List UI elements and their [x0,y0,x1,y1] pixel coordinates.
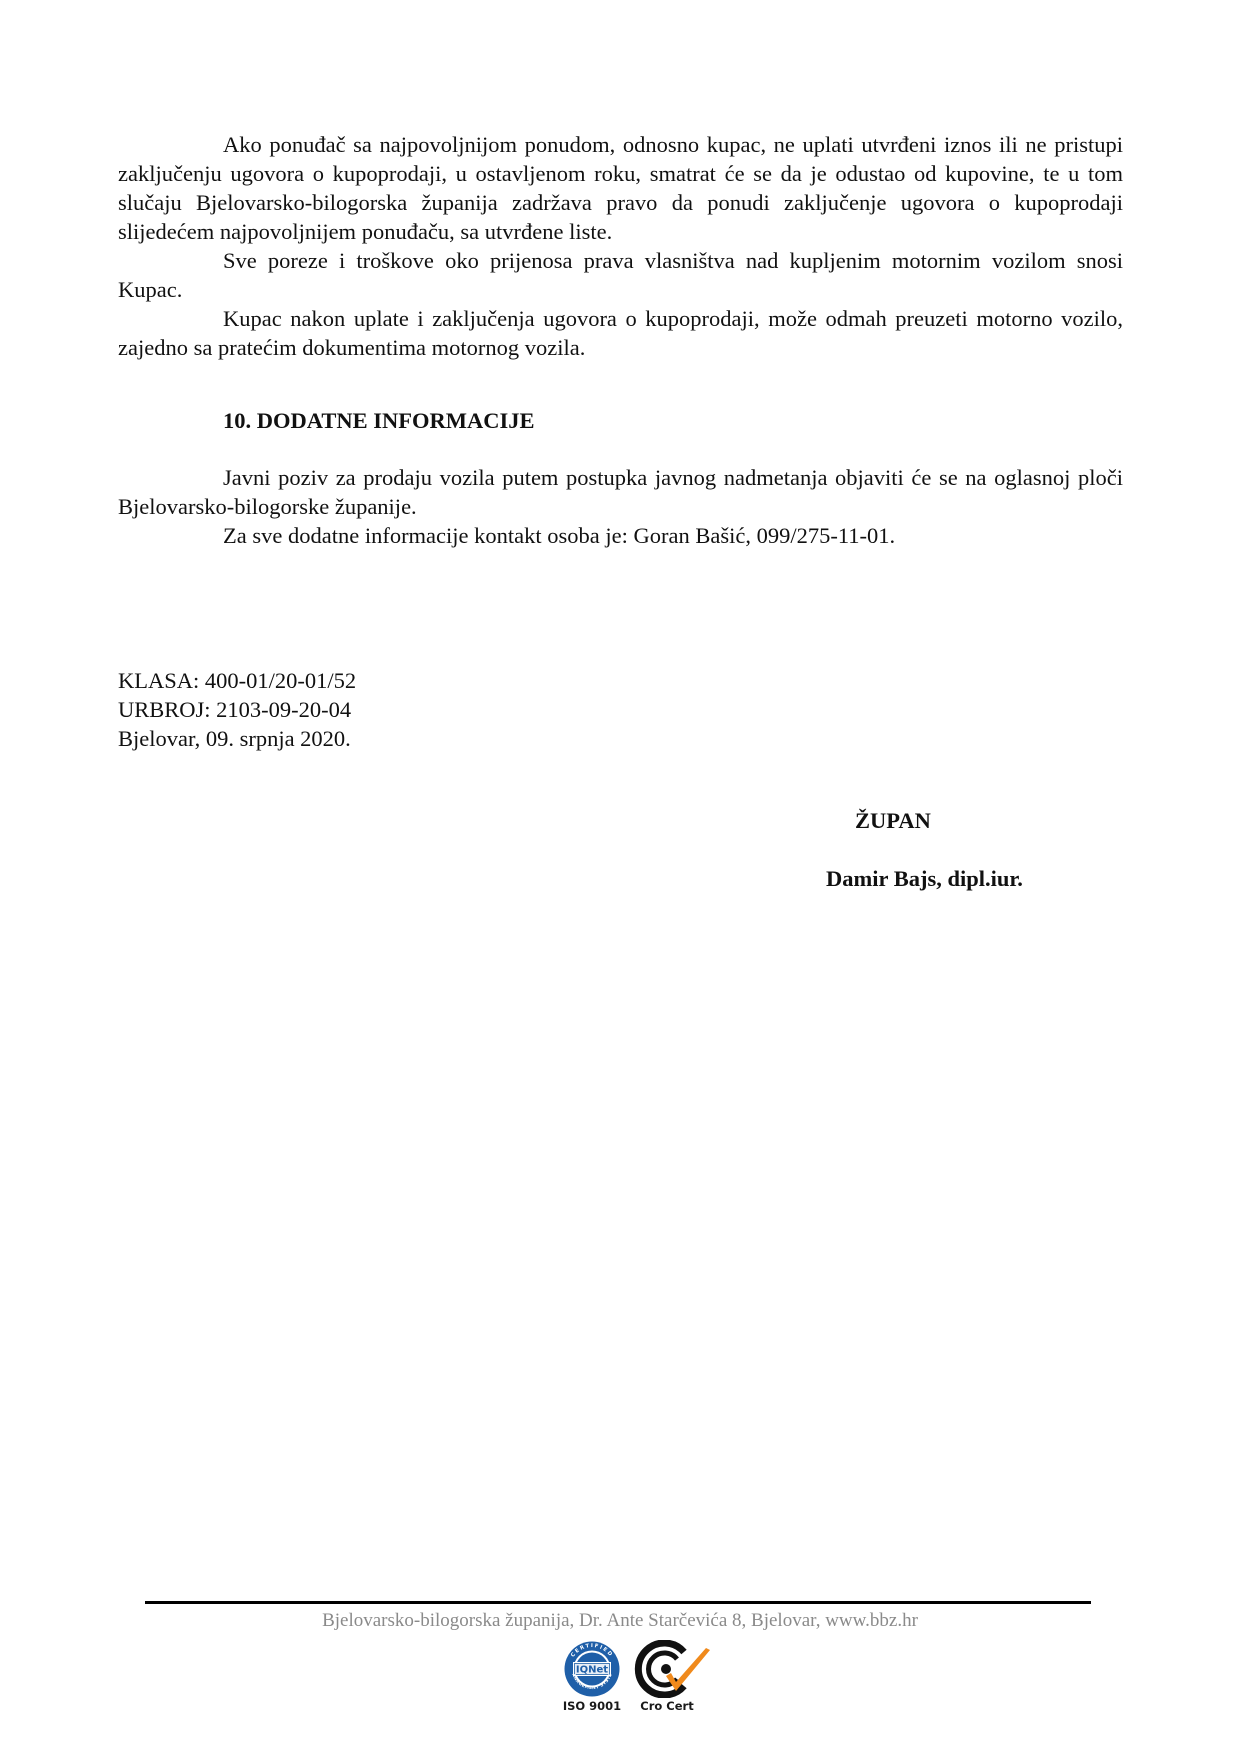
crocert-caption: Cro Cert [620,1699,714,1713]
footer-divider [145,1601,1091,1604]
certification-logos: IQNet CERTIFIED MANAGEMENT SYSTEM ISO 90… [560,1640,720,1720]
paragraph-public-notice: Javni poziv za prodaju vozila putem post… [118,463,1123,521]
paragraph-vehicle-handover: Kupac nakon uplate i zaključenja ugovora… [118,304,1123,362]
iqnet-logo: IQNet CERTIFIED MANAGEMENT SYSTEM ISO 90… [560,1640,624,1713]
iqnet-certified-seal-icon: IQNet CERTIFIED MANAGEMENT SYSTEM [563,1640,621,1698]
iso-9001-caption: ISO 9001 [560,1699,624,1713]
crocert-logo: Cro Cert [630,1640,714,1713]
section-text-block: Javni poziv za prodaju vozila putem post… [118,463,1123,550]
svg-text:IQNet: IQNet [576,1665,608,1676]
signature-name: Damir Bajs, dipl.iur. [826,866,1023,892]
place-date-line: Bjelovar, 09. srpnja 2020. [118,724,356,753]
signature-title: ŽUPAN [855,808,931,834]
registry-meta: KLASA: 400-01/20-01/52 URBROJ: 2103-09-2… [118,666,356,753]
footer-address: Bjelovarsko-bilogorska županija, Dr. Ant… [0,1610,1240,1632]
klasa-line: KLASA: 400-01/20-01/52 [118,666,356,695]
urbroj-line: URBROJ: 2103-09-20-04 [118,695,356,724]
paragraph-contact-person: Za sve dodatne informacije kontakt osoba… [118,521,1123,550]
section-heading: 10. DODATNE INFORMACIJE [223,406,534,435]
paragraph-bidder-withdrawal: Ako ponuđač sa najpovoljnijom ponudom, o… [118,130,1123,246]
paragraph-taxes-costs: Sve poreze i troškove oko prijenosa prav… [118,246,1123,304]
crocert-checkmark-icon [630,1640,714,1698]
body-text-block: Ako ponuđač sa najpovoljnijom ponudom, o… [118,130,1123,362]
